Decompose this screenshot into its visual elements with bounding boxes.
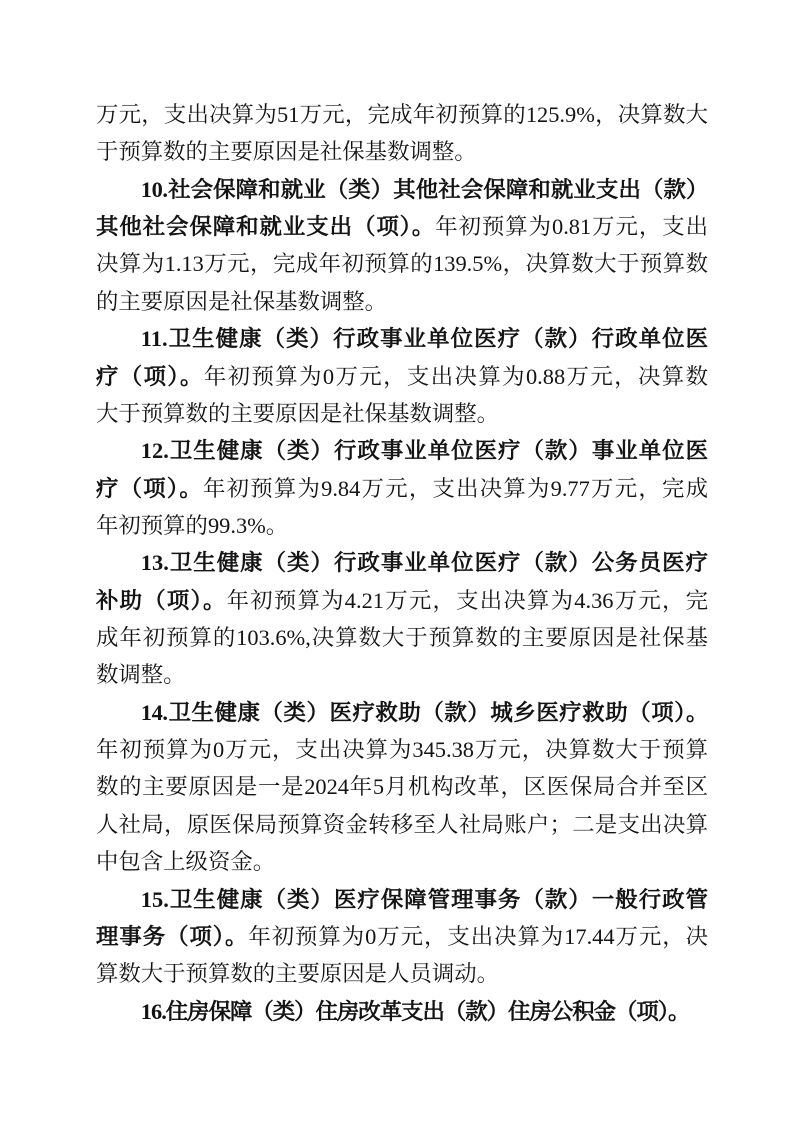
text-line: 于预算数的主要原因是社保基数调整。 (96, 133, 708, 170)
text-line: 数的主要原因是一是2024年5月机构改革，区医保局合并至区 (96, 768, 708, 805)
text-segment: 决算为1.13万元，完成年初预算的139.5%，决算数大于预算数 (96, 251, 708, 276)
document-page: 万元，支出决算为51万元，完成年初预算的125.9%，决算数大于预算数的主要原因… (0, 0, 794, 1122)
text-line: 16.住房保障（类）住房改革支出（款）住房公积金（项）。 (96, 993, 708, 1030)
text-segment: 年初预算为9.84万元，支出决算为9.77万元，完成 (203, 476, 708, 501)
text-segment-bold: 14.卫生健康（类）医疗救助（款）城乡医疗救助（项）。 (141, 700, 708, 725)
text-line: 其他社会保障和就业支出（项）。年初预算为0.81万元，支出 (96, 208, 708, 245)
text-segment-bold: 补助（项）。 (96, 588, 227, 613)
text-segment: 年初预算的99.3%。 (96, 513, 288, 538)
text-line: 疗（项）。年初预算为0万元，支出决算为0.88万元，决算数 (96, 358, 708, 395)
text-line: 万元，支出决算为51万元，完成年初预算的125.9%，决算数大 (96, 96, 708, 133)
text-segment: 年初预算为4.21万元，支出决算为4.36万元，完 (227, 588, 708, 613)
text-segment-bold: 16.住房保障（类）住房改革支出（款）住房公积金（项）。 (141, 999, 690, 1024)
paragraph-item-13: 13.卫生健康（类）行政事业单位医疗（款）公务员医疗补助（项）。年初预算为4.2… (96, 544, 708, 693)
text-line: 年初预算的99.3%。 (96, 507, 708, 544)
text-segment: 算数大于预算数的主要原因是人员调动。 (96, 961, 499, 986)
text-line: 大于预算数的主要原因是社保基数调整。 (96, 395, 708, 432)
text-segment: 数调整。 (96, 662, 186, 687)
text-segment-bold: 疗（项）。 (96, 364, 204, 389)
text-segment-bold: 理事务（项）。 (96, 924, 248, 949)
text-line: 人社局，原医保局预算资金转移至人社局账户；二是支出决算 (96, 806, 708, 843)
text-segment: 的主要原因是社保基数调整。 (96, 289, 387, 314)
text-line: 中包含上级资金。 (96, 843, 708, 880)
text-line: 13.卫生健康（类）行政事业单位医疗（款）公务员医疗 (96, 544, 708, 581)
text-line: 的主要原因是社保基数调整。 (96, 283, 708, 320)
text-segment: 大于预算数的主要原因是社保基数调整。 (96, 401, 499, 426)
text-segment: 人社局，原医保局预算资金转移至人社局账户；二是支出决算 (96, 812, 708, 837)
text-line: 15.卫生健康（类）医疗保障管理事务（款）一般行政管 (96, 881, 708, 918)
paragraph-item-9-continuation: 万元，支出决算为51万元，完成年初预算的125.9%，决算数大于预算数的主要原因… (96, 96, 708, 171)
text-line: 数调整。 (96, 656, 708, 693)
text-segment: 万元，支出决算为51万元，完成年初预算的125.9%，决算数大 (96, 102, 708, 127)
text-segment: 中包含上级资金。 (96, 849, 275, 874)
paragraph-item-11: 11.卫生健康（类）行政事业单位医疗（款）行政单位医疗（项）。年初预算为0万元，… (96, 320, 708, 432)
text-line: 年初预算为0万元，支出决算为345.38万元，决算数大于预算 (96, 731, 708, 768)
text-segment-bold: 11.卫生健康（类）行政事业单位医疗（款）行政单位医 (141, 326, 708, 351)
text-segment: 年初预算为0.81万元，支出 (435, 214, 708, 239)
paragraph-item-16: 16.住房保障（类）住房改革支出（款）住房公积金（项）。 (96, 993, 708, 1030)
text-line: 11.卫生健康（类）行政事业单位医疗（款）行政单位医 (96, 320, 708, 357)
text-line: 决算为1.13万元，完成年初预算的139.5%，决算数大于预算数 (96, 245, 708, 282)
text-line: 14.卫生健康（类）医疗救助（款）城乡医疗救助（项）。 (96, 694, 708, 731)
text-segment: 数的主要原因是一是2024年5月机构改革，区医保局合并至区 (96, 774, 708, 799)
paragraph-item-15: 15.卫生健康（类）医疗保障管理事务（款）一般行政管理事务（项）。年初预算为0万… (96, 881, 708, 993)
text-segment: 年初预算为0万元，支出决算为0.88万元，决算数 (204, 364, 708, 389)
text-line: 算数大于预算数的主要原因是人员调动。 (96, 955, 708, 992)
paragraph-item-12: 12.卫生健康（类）行政事业单位医疗（款）事业单位医疗（项）。年初预算为9.84… (96, 432, 708, 544)
text-segment-bold: 13.卫生健康（类）行政事业单位医疗（款）公务员医疗 (141, 550, 708, 575)
text-segment: 成年初预算的103.6%,决算数大于预算数的主要原因是社保基 (96, 625, 708, 650)
text-segment: 年初预算为0万元，支出决算为17.44万元，决 (248, 924, 708, 949)
document-body: 万元，支出决算为51万元，完成年初预算的125.9%，决算数大于预算数的主要原因… (96, 96, 708, 1030)
text-segment-bold: 疗（项）。 (96, 476, 203, 501)
text-segment: 于预算数的主要原因是社保基数调整。 (96, 139, 477, 164)
text-segment-bold: 其他社会保障和就业支出（项）。 (96, 214, 435, 239)
text-line: 补助（项）。年初预算为4.21万元，支出决算为4.36万元，完 (96, 582, 708, 619)
text-line: 12.卫生健康（类）行政事业单位医疗（款）事业单位医 (96, 432, 708, 469)
text-segment-bold: 12.卫生健康（类）行政事业单位医疗（款）事业单位医 (141, 438, 708, 463)
text-line: 理事务（项）。年初预算为0万元，支出决算为17.44万元，决 (96, 918, 708, 955)
text-segment-bold: 10.社会保障和就业（类）其他社会保障和就业支出（款） (141, 177, 708, 202)
text-segment: 年初预算为0万元，支出决算为345.38万元，决算数大于预算 (96, 737, 708, 762)
text-segment-bold: 15.卫生健康（类）医疗保障管理事务（款）一般行政管 (141, 887, 708, 912)
text-line: 成年初预算的103.6%,决算数大于预算数的主要原因是社保基 (96, 619, 708, 656)
text-line: 10.社会保障和就业（类）其他社会保障和就业支出（款） (96, 171, 708, 208)
text-line: 疗（项）。年初预算为9.84万元，支出决算为9.77万元，完成 (96, 470, 708, 507)
paragraph-item-14: 14.卫生健康（类）医疗救助（款）城乡医疗救助（项）。年初预算为0万元，支出决算… (96, 694, 708, 881)
paragraph-item-10: 10.社会保障和就业（类）其他社会保障和就业支出（款）其他社会保障和就业支出（项… (96, 171, 708, 320)
